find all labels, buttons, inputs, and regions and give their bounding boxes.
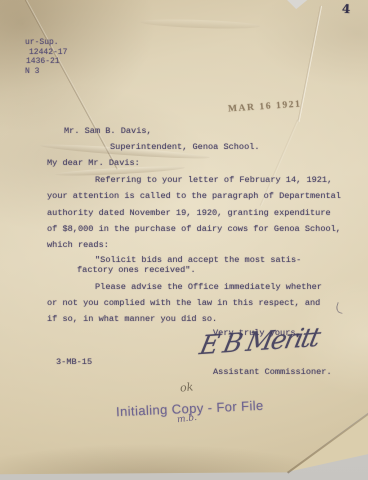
file-reference-line: ur-Sup. xyxy=(25,38,59,48)
ok-annotation: ok xyxy=(179,380,194,394)
recipient-title: Superintendent, Genoa School. xyxy=(110,142,260,152)
body-line: your attention is called to the paragrap… xyxy=(47,191,341,201)
paper-crease xyxy=(24,0,118,169)
quote-line: factory ones received". xyxy=(77,265,196,275)
body-line: authority dated November 19, 1920, grant… xyxy=(47,208,331,218)
page-number: 4 xyxy=(342,2,351,16)
body-line: Please advise the Office immediately whe… xyxy=(95,282,322,292)
body-line: which reads: xyxy=(47,240,109,250)
typist-reference: 3-MB-15 xyxy=(56,357,92,367)
margin-mark xyxy=(335,302,346,314)
file-reference-line: 12442-17 xyxy=(29,48,67,58)
quote-line: "Solicit bids and accept the most satis- xyxy=(95,255,301,265)
file-reference-line: 1436-21 xyxy=(26,57,60,67)
stamp-initials: m.b. xyxy=(176,413,197,425)
body-line: or not you complied with the law in this… xyxy=(47,298,320,308)
body-line: Referring to your letter of February 14,… xyxy=(95,175,332,185)
salutation: My dear Mr. Davis: xyxy=(47,158,140,168)
body-line: if so, in what manner you did so. xyxy=(47,314,217,324)
recipient-name: Mr. Sam B. Davis, xyxy=(64,126,152,136)
paper-wrinkle xyxy=(140,18,260,30)
scanned-letter-screen: 4 ur-Sup. 12442-17 1436-21 N 3 MAR 16 19… xyxy=(0,0,368,480)
date-received-stamp: MAR 16 1921 xyxy=(228,99,302,114)
signer-title: Assistant Commissioner. xyxy=(213,367,332,377)
file-reference-line: N 3 xyxy=(25,67,39,77)
letter-page: 4 ur-Sup. 12442-17 1436-21 N 3 MAR 16 19… xyxy=(0,0,368,480)
body-line: of $8,000 in the purchase of dairy cows … xyxy=(47,224,341,234)
